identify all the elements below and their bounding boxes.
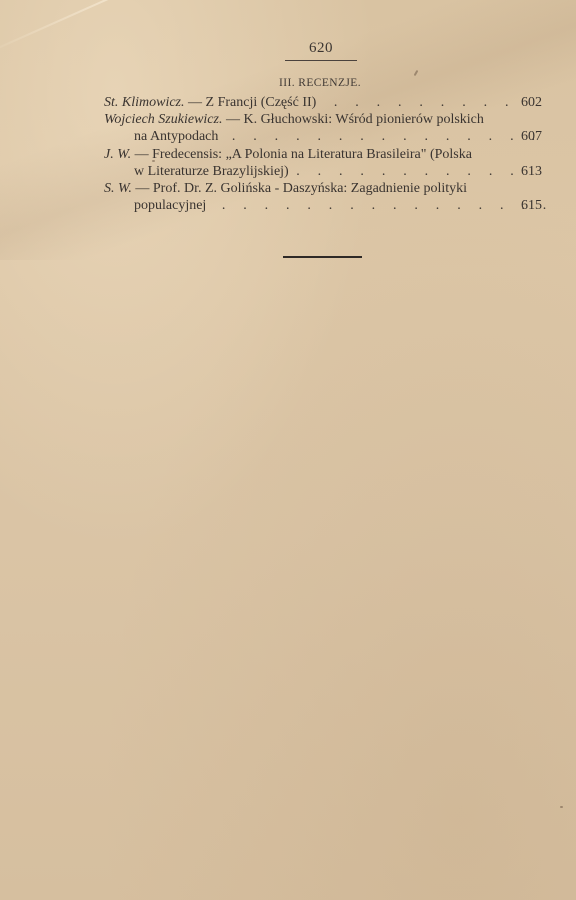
toc-page-number: 615 [521, 197, 542, 214]
page-number-underline [285, 60, 357, 61]
toc-title-continued: populacyjnej [134, 198, 206, 213]
toc-title-continued: na Antypodach [134, 129, 218, 144]
toc-leader-dots: . . . . . . . . . . . [296, 164, 521, 179]
toc-page-number: 607 [521, 128, 542, 145]
toc-leader-dots: . . . . . . . . . . . . . . . [232, 129, 542, 144]
toc-line-continued: populacyjnej . . . . . . . . . . . . . .… [104, 197, 542, 214]
table-of-contents: St. Klimowicz. — Z Francji (Część II) . … [104, 94, 542, 214]
toc-line: Wojciech Szukiewicz. — K. Głuchowski: Wś… [104, 111, 542, 128]
end-divider-rule [283, 256, 362, 258]
toc-line-continued: na Antypodach . . . . . . . . . . . . . … [104, 128, 542, 145]
toc-author: J. W. [104, 147, 131, 162]
paper-speck [152, 160, 155, 162]
toc-leader-dots: . . . . . . . . . . . . . . . . [222, 198, 554, 213]
toc-page-number: 613 [521, 163, 542, 180]
toc-page-number: 602 [521, 94, 542, 111]
toc-title: — Prof. Dr. Z. Golińska - Daszyńska: Zag… [132, 181, 467, 196]
toc-title-continued: w Literaturze Brazylijskiej) [134, 164, 289, 179]
toc-leader-dots: . . . . . . . . . [334, 95, 516, 110]
page-number: 620 [285, 40, 357, 57]
toc-title: — Fredecensis: „A Polonia na Literatura … [131, 147, 472, 162]
toc-line: J. W. — Fredecensis: „A Polonia na Liter… [104, 146, 542, 163]
toc-line: St. Klimowicz. — Z Francji (Część II) . … [104, 94, 542, 111]
toc-entry-jw: J. W. — Fredecensis: „A Polonia na Liter… [104, 146, 542, 180]
toc-title: — K. Głuchowski: Wśród pionierów polskic… [222, 112, 483, 127]
toc-author: St. Klimowicz. [104, 95, 185, 110]
toc-author: S. W. [104, 181, 132, 196]
paper-speck [414, 70, 419, 76]
toc-entry-sw: S. W. — Prof. Dr. Z. Golińska - Daszyńsk… [104, 180, 542, 214]
toc-line-continued: w Literaturze Brazylijskiej) . . . . . .… [104, 163, 542, 180]
toc-title: — Z Francji (Część II) [185, 95, 317, 110]
toc-entry-klimowicz: St. Klimowicz. — Z Francji (Część II) . … [104, 94, 542, 111]
toc-author: Wojciech Szukiewicz. [104, 112, 222, 127]
paper-speck [560, 806, 563, 808]
section-heading: III. RECENZJE. [0, 77, 576, 89]
toc-entry-szukiewicz: Wojciech Szukiewicz. — K. Głuchowski: Wś… [104, 111, 542, 145]
toc-line: S. W. — Prof. Dr. Z. Golińska - Daszyńsk… [104, 180, 542, 197]
paper-crease [0, 0, 254, 57]
